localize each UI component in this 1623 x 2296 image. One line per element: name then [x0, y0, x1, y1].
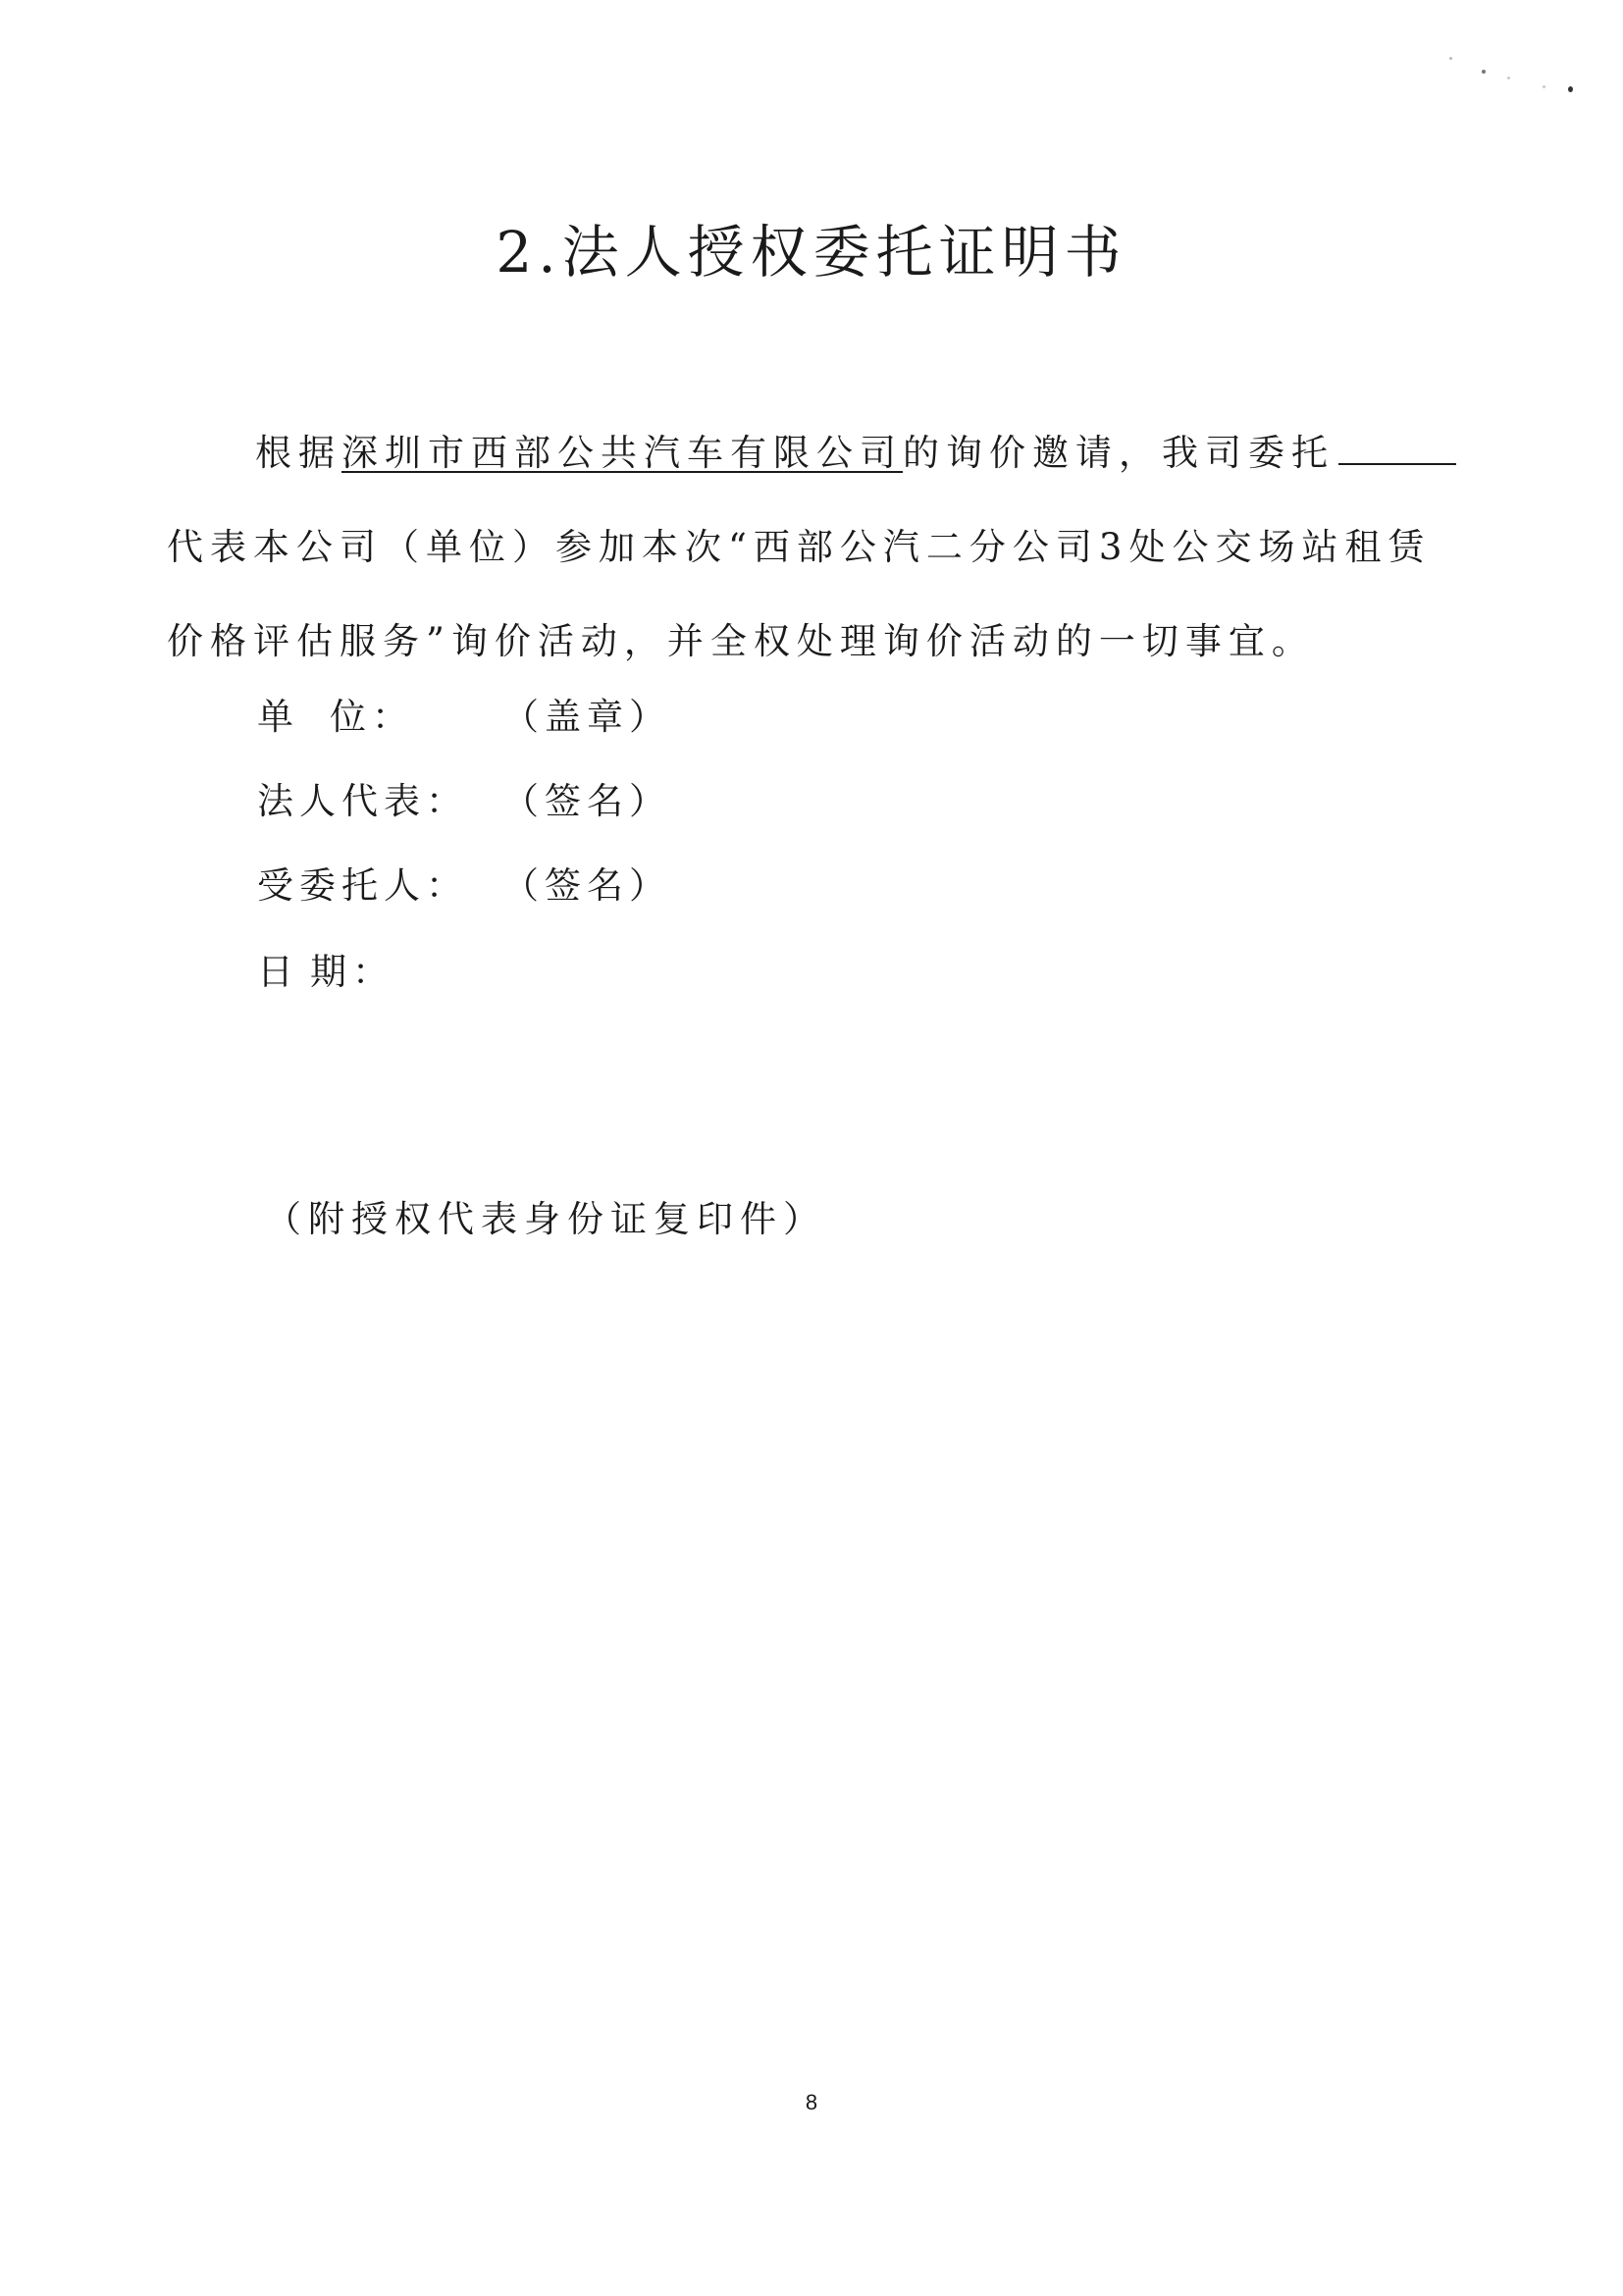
field-unit-label: 单 位：: [257, 687, 414, 740]
field-legal-representative-label: 法人代表：: [257, 771, 473, 824]
label-char-text: 期: [310, 951, 352, 993]
field-authorized-person: 受委托人： （签名）: [257, 856, 671, 909]
label-char: 期：: [310, 942, 394, 995]
field-authorized-person-label: 受委托人：: [257, 856, 473, 909]
scan-speck: [1482, 70, 1486, 74]
authorization-paragraph: 根据深圳市西部公共汽车有限公司的询价邀请，我司委托代表本公司（单位）参加本次“西…: [167, 406, 1472, 689]
label-char-text: 位: [330, 696, 372, 738]
company-name: 深圳市西部公共汽车有限公司: [341, 432, 903, 474]
attachment-note: （附授权代表身份证复印件）: [265, 1189, 826, 1242]
field-legal-representative-value: （签名）: [502, 771, 671, 824]
label-char: 单: [257, 687, 299, 740]
scan-speck: [1543, 85, 1545, 88]
scan-speck: [1507, 77, 1510, 79]
scan-speck: [1449, 57, 1452, 60]
document-page: 2.法人授权委托证明书 根据深圳市西部公共汽车有限公司的询价邀请，我司委托代表本…: [0, 0, 1623, 2296]
page-number: 8: [0, 2090, 1623, 2115]
field-unit: 单 位： （盖章）: [257, 687, 671, 740]
label-char: 位：: [330, 687, 414, 740]
label-char: 日: [257, 942, 299, 995]
delegate-blank-line: [1338, 434, 1456, 465]
field-authorized-person-value: （签名）: [502, 856, 671, 909]
field-date: 日 期：: [257, 942, 424, 995]
document-title: 2.法人授权委托证明书: [0, 206, 1623, 288]
scan-speck: [1568, 86, 1573, 92]
paragraph-prefix: 根据: [167, 432, 341, 474]
label-colon: ：: [372, 696, 414, 738]
field-date-label: 日 期：: [257, 942, 394, 995]
paragraph-continuation: 代表本公司（单位）参加本次“西部公汽二分公司3处公交场站租赁价格评估服务”询价活…: [167, 526, 1431, 662]
label-colon: ：: [352, 951, 394, 993]
field-legal-representative: 法人代表： （签名）: [257, 771, 671, 824]
paragraph-middle: 的询价邀请，我司委托: [903, 432, 1335, 474]
field-unit-value: （盖章）: [502, 687, 671, 740]
